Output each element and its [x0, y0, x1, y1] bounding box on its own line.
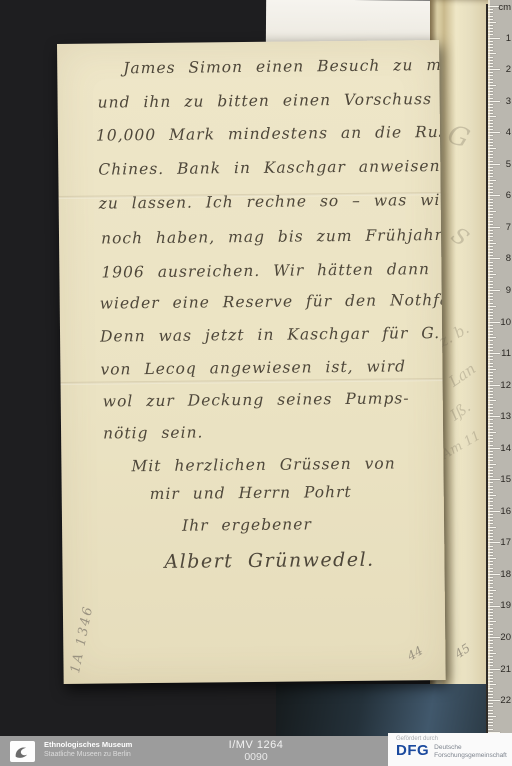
ruler-baseline: [486, 4, 488, 733]
letter-line: Chines. Bank in Kaschgar anweisen: [98, 157, 440, 179]
dfg-name-line1: Deutsche: [434, 744, 507, 752]
letter-line: von Lecoq angewiesen ist, wird: [100, 357, 406, 378]
letter-line: wieder eine Reserve für den Nothfall.: [100, 291, 446, 313]
letter-closing-line: Mit herzlichen Grüssen von: [131, 454, 395, 475]
dfg-name-line2: Forschungsgemeinschaft: [434, 752, 507, 760]
archive-scan-viewer: G S z. b. Lan Iß. Am 11 45 James Simon e…: [0, 0, 512, 766]
letter-line: wol zur Deckung seines Pumps-: [103, 389, 410, 410]
dfg-funding-panel: Gefördert durch DFG Deutsche Forschungsg…: [388, 733, 512, 766]
letter-line: nötig sein.: [103, 423, 204, 442]
letter-line: zu lassen. Ich rechne so – was wir: [99, 191, 446, 213]
pencil-archive-number: 1A 1346: [66, 594, 98, 684]
book-cover-fabric: [276, 684, 488, 738]
ruler-background: [488, 0, 512, 734]
letter-line: und ihn zu bitten einen Vorschuss von: [98, 90, 446, 112]
pencil-page-number-left: 44: [405, 643, 425, 663]
letter-line: James Simon einen Besuch zu machen: [123, 55, 446, 77]
paper-crease: [61, 378, 443, 385]
letter-line: 1906 ausreichen. Wir hätten dann: [101, 260, 430, 281]
letter-line: Denn was jetzt in Kaschgar für G.: [100, 324, 440, 346]
letter-line: noch haben, mag bis zum Frühjahr: [101, 226, 443, 248]
dfg-logo: DFG: [396, 743, 429, 758]
letter-valediction: Ihr ergebener: [182, 515, 312, 534]
letter-closing-line: mir und Herrn Pohrt: [150, 483, 352, 503]
viewer-footer-bar: Ethnologisches Museum Staatliche Museen …: [0, 736, 512, 766]
letter-signature: Albert Grünwedel.: [164, 549, 374, 573]
letter-page: James Simon einen Besuch zu machen und i…: [57, 40, 446, 684]
ruler-unit-label: cm: [494, 2, 511, 13]
letter-line: 10,000 Mark mindestens an die Russisch: [96, 122, 446, 144]
